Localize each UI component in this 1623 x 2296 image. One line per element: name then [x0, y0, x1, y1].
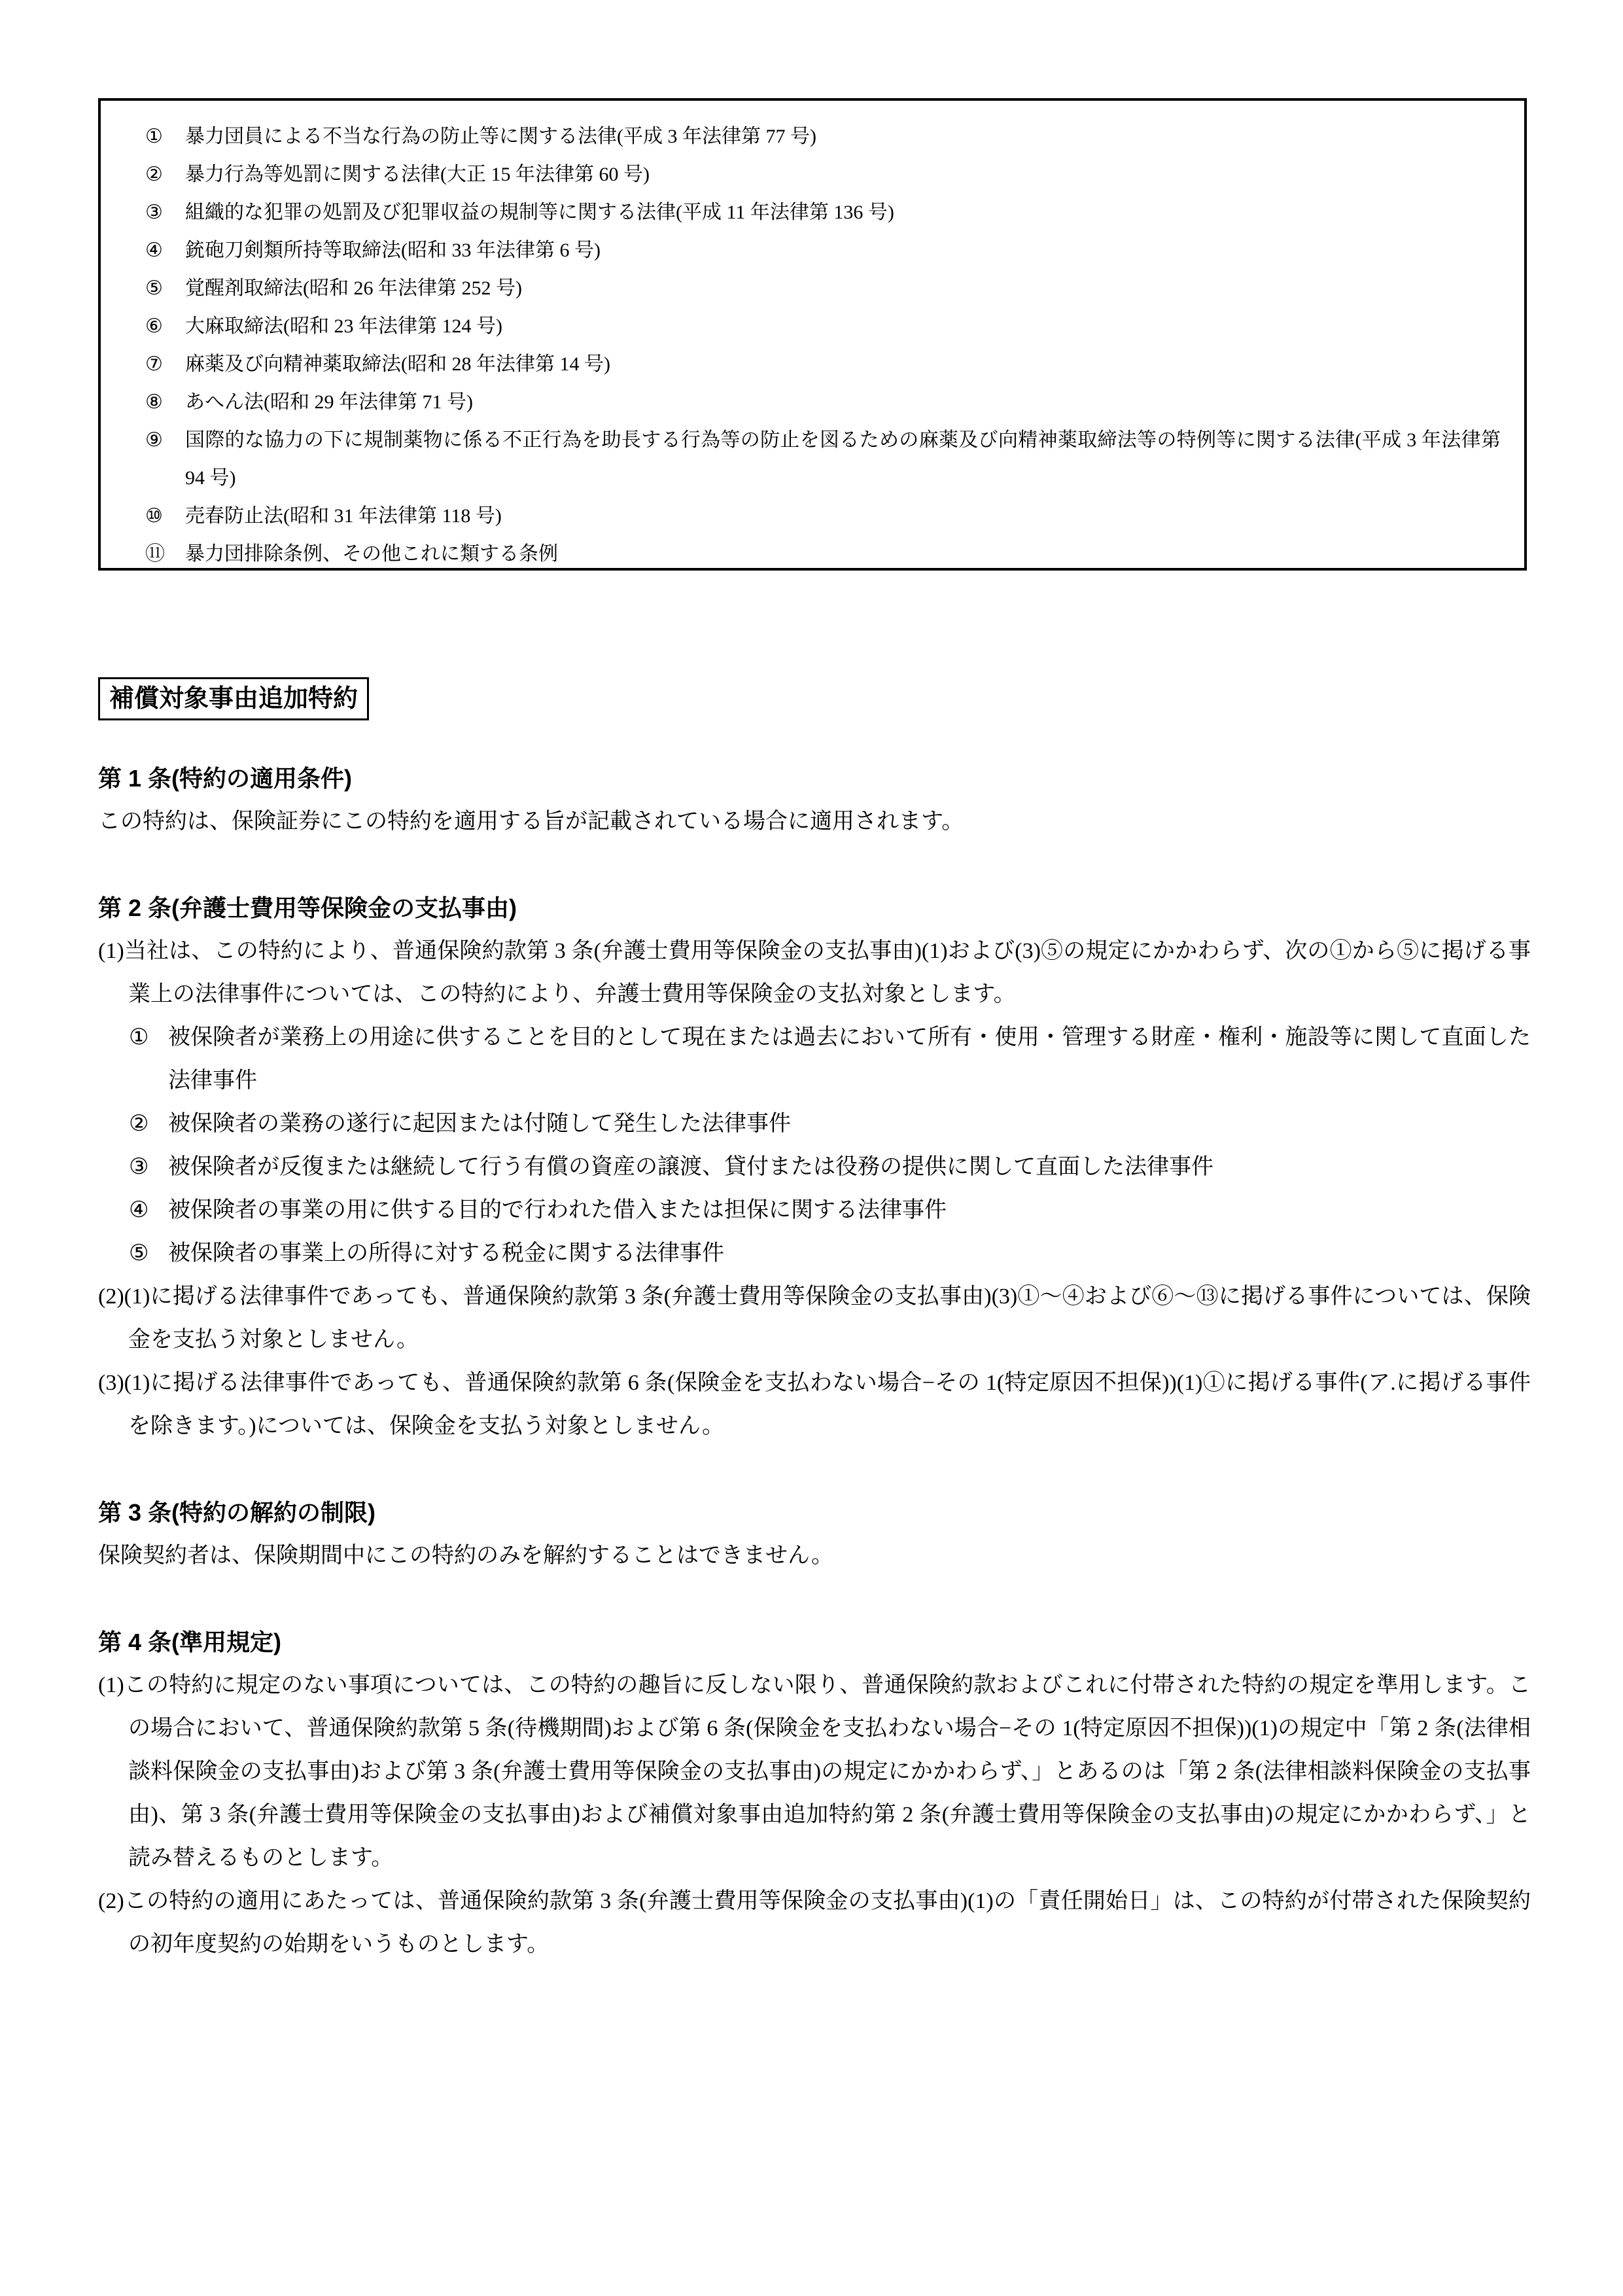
law-item-marker: ⑧ [145, 383, 185, 421]
sub-item-marker: ④ [129, 1189, 168, 1232]
law-list-item: ⑥ 大麻取締法(昭和 23 年法律第 124 号) [145, 308, 1501, 345]
sub-item-marker: ⑤ [129, 1232, 168, 1275]
sub-item-marker: ② [129, 1103, 168, 1146]
rider-body: 第 1 条(特約の適用条件) この特約は、保険証券にこの特約を適用する旨が記載さ… [98, 757, 1531, 1966]
law-item-marker: ⑦ [145, 345, 185, 383]
article-paragraph: 保険契約者は、保険期間中にこの特約のみを解約することはできません。 [98, 1534, 1531, 1578]
sub-item-text: 被保険者の業務の遂行に起因または付随して発生した法律事件 [168, 1103, 1531, 1146]
rider-title-text: 補償対象事由追加特約 [109, 685, 358, 713]
sub-item: ① 被保険者が業務上の用途に供することを目的として現在または過去において所有・使… [98, 1016, 1531, 1103]
law-item-marker: ④ [145, 232, 185, 270]
law-item-marker: ⑨ [145, 421, 185, 497]
sub-item: ② 被保険者の業務の遂行に起因または付随して発生した法律事件 [98, 1103, 1531, 1146]
law-item-text: 覚醒剤取締法(昭和 26 年法律第 252 号) [185, 270, 1501, 308]
law-list-item: ① 暴力団員による不当な行為の防止等に関する法律(平成 3 年法律第 77 号) [145, 118, 1501, 156]
article-3: 第 3 条(特約の解約の制限) 保険契約者は、保険期間中にこの特約のみを解約する… [98, 1491, 1531, 1578]
law-item-marker: ⑤ [145, 270, 185, 308]
law-item-text: 国際的な協力の下に規制薬物に係る不正行為を助長する行為等の防止を図るための麻薬及… [185, 421, 1501, 497]
article-paragraph: (1)当社は、この特約により、普通保険約款第 3 条(弁護士費用等保険金の支払事… [98, 930, 1531, 1016]
law-item-text: 銃砲刀剣類所持等取締法(昭和 33 年法律第 6 号) [185, 232, 1501, 270]
law-list-item: ⑪ 暴力団排除条例、その他これに類する条例 [145, 535, 1501, 573]
law-list-item: ⑤ 覚醒剤取締法(昭和 26 年法律第 252 号) [145, 270, 1501, 308]
article-paragraph: (2)この特約の適用にあたっては、普通保険約款第 3 条(弁護士費用等保険金の支… [98, 1880, 1531, 1966]
article-heading: 第 3 条(特約の解約の制限) [98, 1491, 1531, 1534]
article-heading: 第 1 条(特約の適用条件) [98, 757, 1531, 800]
article-heading: 第 4 条(準用規定) [98, 1621, 1531, 1664]
rider-title-box: 補償対象事由追加特約 [98, 677, 369, 720]
sub-item: ④ 被保険者の事業の用に供する目的で行われた借入または担保に関する法律事件 [98, 1189, 1531, 1232]
law-item-marker: ⑪ [145, 535, 185, 573]
law-list-item: ⑦ 麻薬及び向精神薬取締法(昭和 28 年法律第 14 号) [145, 345, 1501, 383]
article-paragraph: この特約は、保険証券にこの特約を適用する旨が記載されている場合に適用されます。 [98, 800, 1531, 843]
article-paragraph: (1)この特約に規定のない事項については、この特約の趣旨に反しない限り、普通保険… [98, 1664, 1531, 1880]
document-page: ① 暴力団員による不当な行為の防止等に関する法律(平成 3 年法律第 77 号)… [0, 0, 1623, 2296]
article-heading: 第 2 条(弁護士費用等保険金の支払事由) [98, 887, 1531, 930]
law-item-marker: ② [145, 156, 185, 194]
law-item-marker: ③ [145, 194, 185, 232]
sub-item: ⑤ 被保険者の事業上の所得に対する税金に関する法律事件 [98, 1232, 1531, 1275]
article-paragraph: (2)(1)に掲げる法律事件であっても、普通保険約款第 3 条(弁護士費用等保険… [98, 1275, 1531, 1362]
sub-item: ③ 被保険者が反復または継続して行う有償の資産の譲渡、貸付または役務の提供に関し… [98, 1146, 1531, 1189]
sub-item-text: 被保険者の事業の用に供する目的で行われた借入または担保に関する法律事件 [168, 1189, 1531, 1232]
law-item-text: あへん法(昭和 29 年法律第 71 号) [185, 383, 1501, 421]
law-item-text: 暴力行為等処罰に関する法律(大正 15 年法律第 60 号) [185, 156, 1501, 194]
sub-item-text: 被保険者が反復または継続して行う有償の資産の譲渡、貸付または役務の提供に関して直… [168, 1146, 1531, 1189]
article-2: 第 2 条(弁護士費用等保険金の支払事由) (1)当社は、この特約により、普通保… [98, 887, 1531, 1448]
law-item-text: 組織的な犯罪の処罰及び犯罪収益の規制等に関する法律(平成 11 年法律第 136… [185, 194, 1501, 232]
sub-item-text: 被保険者の事業上の所得に対する税金に関する法律事件 [168, 1232, 1531, 1275]
article-1: 第 1 条(特約の適用条件) この特約は、保険証券にこの特約を適用する旨が記載さ… [98, 757, 1531, 843]
law-list-item: ④ 銃砲刀剣類所持等取締法(昭和 33 年法律第 6 号) [145, 232, 1501, 270]
law-item-marker: ① [145, 118, 185, 156]
law-item-marker: ⑥ [145, 308, 185, 345]
law-item-text: 売春防止法(昭和 31 年法律第 118 号) [185, 497, 1501, 535]
law-list-item: ③ 組織的な犯罪の処罰及び犯罪収益の規制等に関する法律(平成 11 年法律第 1… [145, 194, 1501, 232]
sub-item-marker: ③ [129, 1146, 168, 1189]
article-4: 第 4 条(準用規定) (1)この特約に規定のない事項については、この特約の趣旨… [98, 1621, 1531, 1966]
law-list-item: ⑩ 売春防止法(昭和 31 年法律第 118 号) [145, 497, 1501, 535]
law-list-item: ⑧ あへん法(昭和 29 年法律第 71 号) [145, 383, 1501, 421]
law-item-marker: ⑩ [145, 497, 185, 535]
law-list-item: ⑨ 国際的な協力の下に規制薬物に係る不正行為を助長する行為等の防止を図るための麻… [145, 421, 1501, 497]
law-list-box: ① 暴力団員による不当な行為の防止等に関する法律(平成 3 年法律第 77 号)… [98, 98, 1527, 571]
sub-item-text: 被保険者が業務上の用途に供することを目的として現在または過去において所有・使用・… [168, 1016, 1531, 1103]
law-list-item: ② 暴力行為等処罰に関する法律(大正 15 年法律第 60 号) [145, 156, 1501, 194]
law-item-text: 麻薬及び向精神薬取締法(昭和 28 年法律第 14 号) [185, 345, 1501, 383]
article-paragraph: (3)(1)に掲げる法律事件であっても、普通保険約款第 6 条(保険金を支払わな… [98, 1362, 1531, 1448]
law-item-text: 暴力団員による不当な行為の防止等に関する法律(平成 3 年法律第 77 号) [185, 118, 1501, 156]
sub-item-marker: ① [129, 1016, 168, 1103]
law-item-text: 暴力団排除条例、その他これに類する条例 [185, 535, 1501, 573]
law-item-text: 大麻取締法(昭和 23 年法律第 124 号) [185, 308, 1501, 345]
